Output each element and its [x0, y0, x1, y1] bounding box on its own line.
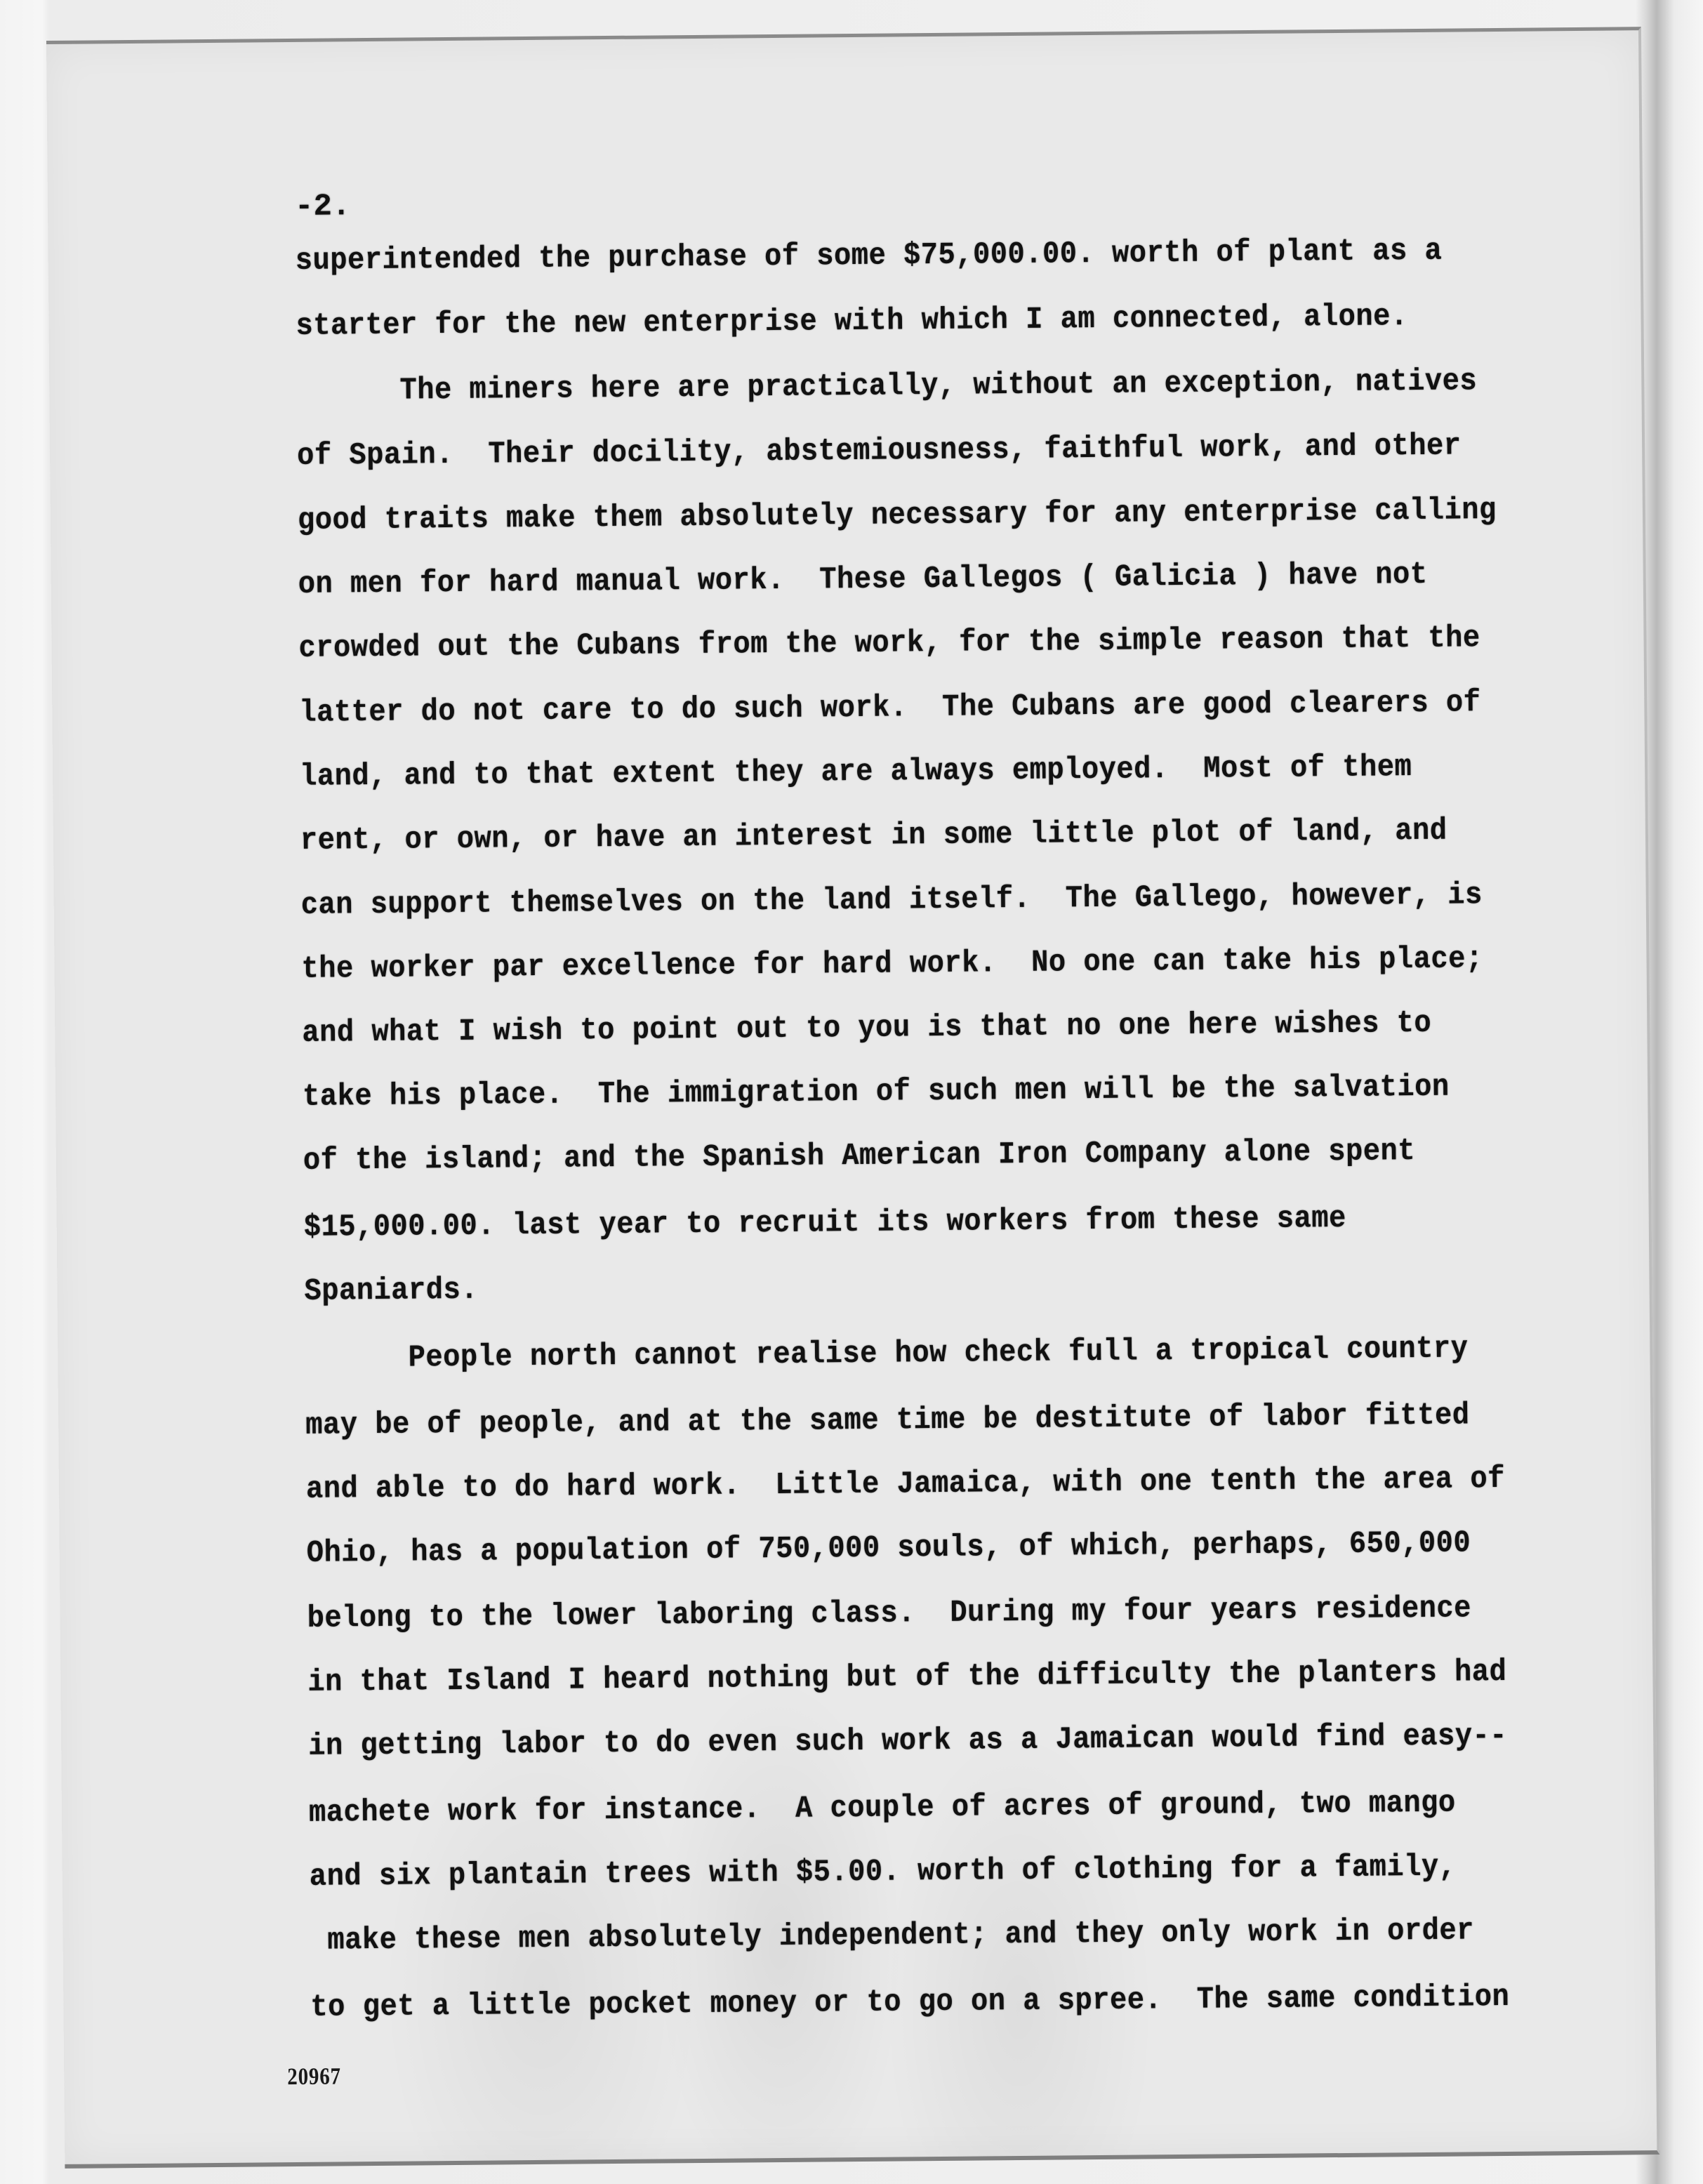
text-line: of the island; and the Spanish American …: [303, 1136, 1415, 1177]
text-line: and what I wish to point out to you is t…: [302, 1008, 1431, 1049]
text-line: Ohio, has a population of 750,000 souls,…: [307, 1528, 1471, 1568]
paragraph-start-line: People north cannot realise how check fu…: [305, 1333, 1468, 1374]
text-line: can support themselves on the land itsel…: [301, 880, 1483, 921]
text-line: land, and to that extent they are always…: [300, 752, 1412, 793]
page-number: -2.: [295, 189, 351, 225]
text-line: rent, or own, or have an interest in som…: [300, 816, 1447, 856]
typewritten-page: -2. superintended the purchase of some $…: [46, 27, 1659, 2169]
text-line: Spaniards.: [304, 1275, 478, 1307]
text-line: $15,000.00. last year to recruit its wor…: [304, 1203, 1346, 1243]
text-line: starter for the new enterprise with whic…: [296, 301, 1407, 342]
document-number: 20967: [287, 2063, 341, 2091]
text-line: in that Island I heard nothing but of th…: [307, 1657, 1506, 1698]
text-line: of Spain. Their docility, abstemiousness…: [297, 430, 1462, 471]
text-line: the worker par excellence for hard work.…: [301, 944, 1483, 985]
text-line: machete work for instance. A couple of a…: [309, 1788, 1456, 1829]
text-line: superintended the purchase of some $75,0…: [296, 236, 1443, 277]
text-line: latter do not care to do such work. The …: [299, 687, 1480, 729]
text-line: on men for hard manual work. These Galle…: [298, 560, 1428, 600]
text-line: may be of people, and at the same time b…: [305, 1400, 1470, 1441]
text-line: good traits make them absolutely necessa…: [298, 495, 1497, 536]
text-line: and six plantain trees with $5.00. worth…: [310, 1852, 1457, 1893]
text-line: belong to the lower laboring class. Duri…: [307, 1593, 1471, 1634]
text-line: to get a little pocket money or to go on…: [310, 1982, 1509, 2023]
text-line: take his place. The immigration of such …: [303, 1072, 1450, 1113]
text-line: in getting labor to do even such work as…: [308, 1721, 1507, 1762]
text-line: crowded out the Cubans from the work, fo…: [298, 623, 1480, 664]
text-line: and able to do hard work. Little Jamaica…: [306, 1464, 1505, 1505]
paragraph-start-line: The miners here are practically, without…: [296, 366, 1477, 407]
text-line: make these men absolutely independent; a…: [310, 1915, 1474, 1956]
